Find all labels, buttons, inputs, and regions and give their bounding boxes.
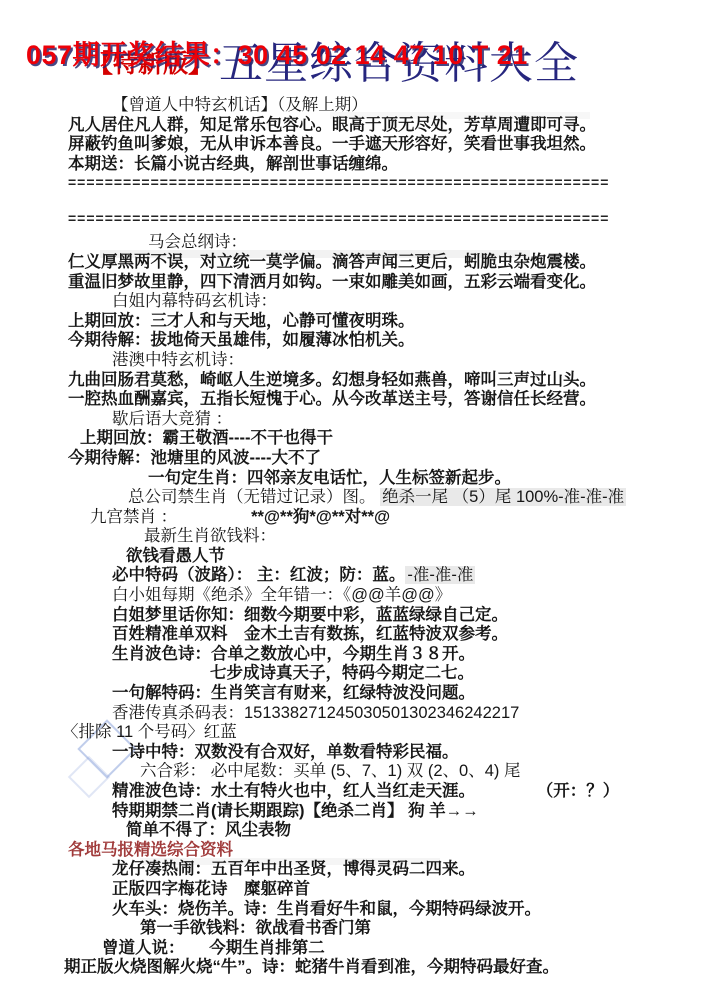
exclude-numbers-line: 〈排除 11 个号码〉红蓝 <box>62 723 712 743</box>
poem-line: 仁义厚黑两不误，对立统一莫学偏。滴答声闻三更后，蚓脆虫杂炮震楼。 <box>68 253 712 273</box>
poem-line: 一腔热血酬嘉宾，五指长短愧于心。从今改革送主号，答谢信任长经营。 <box>68 390 712 410</box>
heading-xiehouyu: 歇后语大竞猜 ： <box>112 410 712 430</box>
simple-hint-line: 简单不得了：风尘表物 <box>126 821 712 841</box>
danshuang-line: 百姓精准单双料 金木土吉有数拣，红蓝特波双参考。 <box>112 625 712 645</box>
heading-mahui-zonggang: 马会总纲诗： <box>148 233 712 253</box>
poem-line: 屏蔽钓鱼叫爹娘，无从申诉本善良。一手遮天形容好，笑看世事我坦然。 <box>68 135 712 155</box>
fire-burn-line: 期正版火烧图解火烧“牛”。诗：蛇猪牛肖看到准，今期特码最好查。 <box>64 958 712 978</box>
scanned-lottery-sheet: 057期开奖结果：30 45 02 14 47 10 T 21 【特新版】 五星… <box>0 0 712 1008</box>
precise-wave-line: 精准波色诗：水土有特火也中，红人当红走天涯。（开：？） <box>112 782 712 802</box>
accuracy-highlight: -准-准-准 <box>405 566 475 584</box>
dream-line: 白姐梦里话你知：细数今期要中彩，蓝蓝绿绿自己定。 <box>112 606 712 626</box>
section-heading-regional: 各地马报精选综合资料 <box>68 841 712 861</box>
jiugong-label: 九宫禁肖 ： <box>90 508 177 526</box>
poem-line: 凡人居住凡人群，知足常乐包容心。眼高于顶无尽处，芳草周遭即可寻。 <box>68 116 712 136</box>
current-issue-line: 今期待解：池塘里的风波----大不了 <box>68 449 712 469</box>
poem-line: 九曲回肠君莫愁，崎岖人生逆境多。幻想身轻如燕兽，啼叫三声过山头。 <box>68 371 712 391</box>
longzai-line: 龙仔凑热闹：五百年中出圣贤，博得灵码二四来。 <box>112 860 712 880</box>
open-question-text: （开：？） <box>545 782 619 800</box>
zodiac-wave-poem: 生肖波色诗：合单之数放心中，今期生肖３８开。 <box>112 645 712 665</box>
ban-two-zodiac-line: 特期期禁二肖(请长期跟踪)【绝杀二肖】 狗 羊→→ <box>112 802 712 822</box>
zodiac-line: 一句定生肖：四邻亲友电话忙，人生标签新起步。 <box>148 469 712 489</box>
fax-kill-table: 香港传真杀码表：151338271245030501302346242217 <box>112 704 712 724</box>
jiugong-code: **@**狗*@**对**@ <box>251 508 390 526</box>
special-code-line: 一句解特码：生肖笑言有财来，红绿特波没问题。 <box>112 684 712 704</box>
juesha-line: 白小姐每期《绝杀》全年错一：《@@羊@@》 <box>112 586 712 606</box>
wave-color-line: 必中特码（波路）： 主：红波；防：蓝。-准-准-准 <box>112 566 712 586</box>
gift-line: 本期送：长篇小说古经典，解剖世事话缠绵。 <box>68 155 712 175</box>
precise-wave-text: 精准波色诗：水土有特火也中，红人当红走天涯。 <box>112 782 475 800</box>
forbidden-zodiac-line: 总公司禁生肖（无错过记录）图。 绝杀一尾 （5）尾 100%-准-准-准 <box>128 488 712 508</box>
zengdaoren-says-line: 曾道人说： 今期生肖排第二 <box>102 939 712 959</box>
separator-line: ========================================… <box>68 213 608 225</box>
first-money-line: 第一手欲钱料：欲战看书香门第 <box>140 919 712 939</box>
liuhecai-tails-line: 六合彩： 必中尾数：买单 (5、7、1) 双 (2、0、4) 尾 <box>140 762 712 782</box>
poem-line: 重温旧梦故里静，四下清洒月如钩。一束如雕美如画，五彩云端看变化。 <box>68 273 712 293</box>
meihua-poem-line: 正版四字梅花诗 糜躯碎首 <box>112 880 712 900</box>
heading-baijie-neimu: 白姐内幕特码玄机诗： <box>112 292 712 312</box>
current-issue-line: 今期待解：拔地倚天虽雄伟，如履薄冰怕机关。 <box>68 331 712 351</box>
lottery-result-banner: 057期开奖结果：30 45 02 14 47 10 T 21 <box>26 33 528 72</box>
forbidden-zodiac-text: 总公司禁生肖（无错过记录）图。 <box>128 488 380 506</box>
money-hint-line: 欲钱看愚人节 <box>126 547 712 567</box>
heading-gangao-xuanji: 港澳中特玄机诗： <box>112 351 712 371</box>
wave-color-text: 必中特码（波路）： 主：红波；防：蓝。 <box>112 566 405 584</box>
kill-tail-highlight: 绝杀一尾 （5）尾 100%-准-准-准 <box>380 488 626 506</box>
separator-line: ========================================… <box>68 177 608 189</box>
zodiac-wave-poem2: 七步成诗真天子，特码今期定二七。 <box>210 664 712 684</box>
document-body: 【曾道人中特玄机话】（及解上期） 凡人居住凡人群，知足常乐包容心。眼高于顶无尽处… <box>0 96 712 978</box>
jiugong-line: 九宫禁肖 ：**@**狗*@**对**@ <box>90 508 712 528</box>
heading-zodiac-money: 最新生肖欲钱料： <box>144 527 712 547</box>
prev-issue-line: 上期回放：三才人和与天地，心静可懂夜明珠。 <box>68 312 712 332</box>
one-poem-line: 一诗中特：双数没有合双好，单数看特彩民福。 <box>112 743 712 763</box>
heading-zengdaoren: 【曾道人中特玄机话】（及解上期） <box>112 96 712 116</box>
prev-issue-line: 上期回放：霸王敬酒----不干也得干 <box>80 429 712 449</box>
huochetou-line: 火车头：烧伤羊。诗：生肖看好牛和鼠，今期特码绿波开。 <box>112 900 712 920</box>
